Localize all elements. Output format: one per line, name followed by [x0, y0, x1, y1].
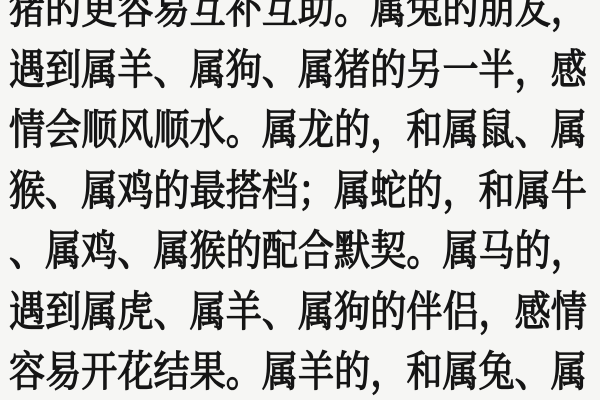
text-line-5: 、属鸡、属猴的配合默契。属马的， [9, 221, 600, 282]
text-line-3: 情会顺风顺水。属龙的，和属鼠、属 [9, 100, 600, 161]
article-text-block: 猪的更容易互补互助。属兔的朋友， 遇到属羊、属狗、属猪的另一半，感 情会顺风顺水… [0, 0, 600, 400]
text-line-6: 遇到属虎、属羊、属狗的伴侣，感情 [9, 282, 600, 343]
text-line-4: 猴、属鸡的最搭档；属蛇的，和属牛 [9, 161, 600, 222]
text-line-7: 容易开花结果。属羊的，和属兔、属 [9, 342, 600, 400]
text-line-2: 遇到属羊、属狗、属猪的另一半，感 [9, 40, 600, 101]
text-lines: 猪的更容易互补互助。属兔的朋友， 遇到属羊、属狗、属猪的另一半，感 情会顺风顺水… [9, 0, 600, 400]
text-line-1: 猪的更容易互补互助。属兔的朋友， [9, 0, 600, 40]
